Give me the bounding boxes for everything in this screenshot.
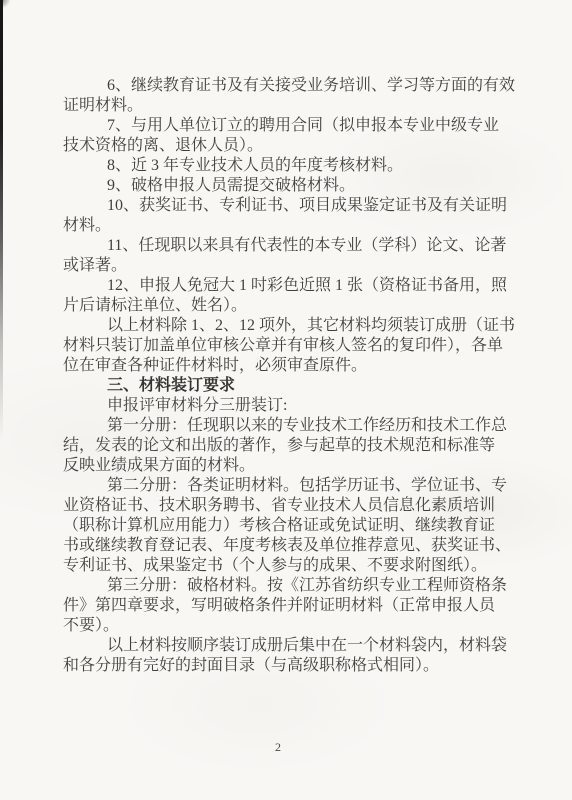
page-number: 2 (248, 740, 308, 755)
text-line: 结，发表的论文和出版的著作，参与起草的技术规范和标准等 (63, 436, 533, 456)
text-line: 申报评审材料分三册装订: (63, 396, 533, 416)
text-line: 材料只装订加盖单位审核公章并有审核人签名的复印件），各单 (63, 336, 533, 356)
text-line: 9、破格申报人员需提交破格材料。 (63, 176, 533, 196)
text-line: 专利证书、成果鉴定书（个人参与的成果、不要求附图纸）。 (63, 556, 533, 576)
text-line: 件》第四章要求，写明破格条件并附证明材料（正常申报人员 (63, 596, 533, 616)
text-line: 11、任现职以来具有代表性的本专业（学科）论文、论著 (63, 236, 533, 256)
text-line: 和各分册有完好的封面目录（与高级职称格式相同）。 (63, 656, 533, 676)
text-line: 书或继续教育登记表、年度考核表及单位推荐意见、获奖证书、 (63, 536, 533, 556)
text-line: 业资格证书、技术职务聘书、省专业技术人员信息化素质培训 (63, 496, 533, 516)
text-line: 第一分册：任现职以来的专业技术工作经历和技术工作总 (63, 416, 533, 436)
text-line: 以上材料除 1、2、12 项外，其它材料均须装订成册（证书 (63, 316, 533, 336)
text-line: （职称计算机应用能力）考核合格证或免试证明、继续教育证 (63, 516, 533, 536)
scanned-document-page: 6、继续教育证书及有关接受业务培训、学习等方面的有效证明材料。7、与用人单位订立… (0, 0, 572, 800)
text-line: 第三分册：破格材料。按《江苏省纺织专业工程师资格条 (63, 576, 533, 596)
scan-edge-artifact (0, 0, 3, 440)
text-line: 12、申报人免冠大 1 吋彩色近照 1 张（资格证书备用，照 (63, 276, 533, 296)
text-line: 反映业绩成果方面的材料。 (63, 456, 533, 476)
text-line: 7、与用人单位订立的聘用合同（拟申报本专业中级专业 (63, 116, 533, 136)
text-line: 片后请标注单位、姓名）。 (63, 296, 533, 316)
text-line: 10、获奖证书、专利证书、项目成果鉴定证书及有关证明 (63, 196, 533, 216)
document-body: 6、继续教育证书及有关接受业务培训、学习等方面的有效证明材料。7、与用人单位订立… (63, 76, 533, 676)
text-line: 位在审查各种证件材料时，必须审查原件。 (63, 356, 533, 376)
text-line: 第二分册：各类证明材料。包括学历证书、学位证书、专 (63, 476, 533, 496)
text-line: 8、近 3 年专业技术人员的年度考核材料。 (63, 156, 533, 176)
text-line: 6、继续教育证书及有关接受业务培训、学习等方面的有效 (63, 76, 533, 96)
section-heading: 三、材料装订要求 (63, 376, 533, 396)
text-line: 以上材料按顺序装订成册后集中在一个材料袋内，材料袋 (63, 636, 533, 656)
text-line: 或译著。 (63, 256, 533, 276)
scan-corner-artifact (0, 0, 10, 8)
text-line: 不要）。 (63, 616, 533, 636)
text-line: 证明材料。 (63, 96, 533, 116)
text-line: 技术资格的离、退休人员）。 (63, 136, 533, 156)
text-line: 材料。 (63, 216, 533, 236)
